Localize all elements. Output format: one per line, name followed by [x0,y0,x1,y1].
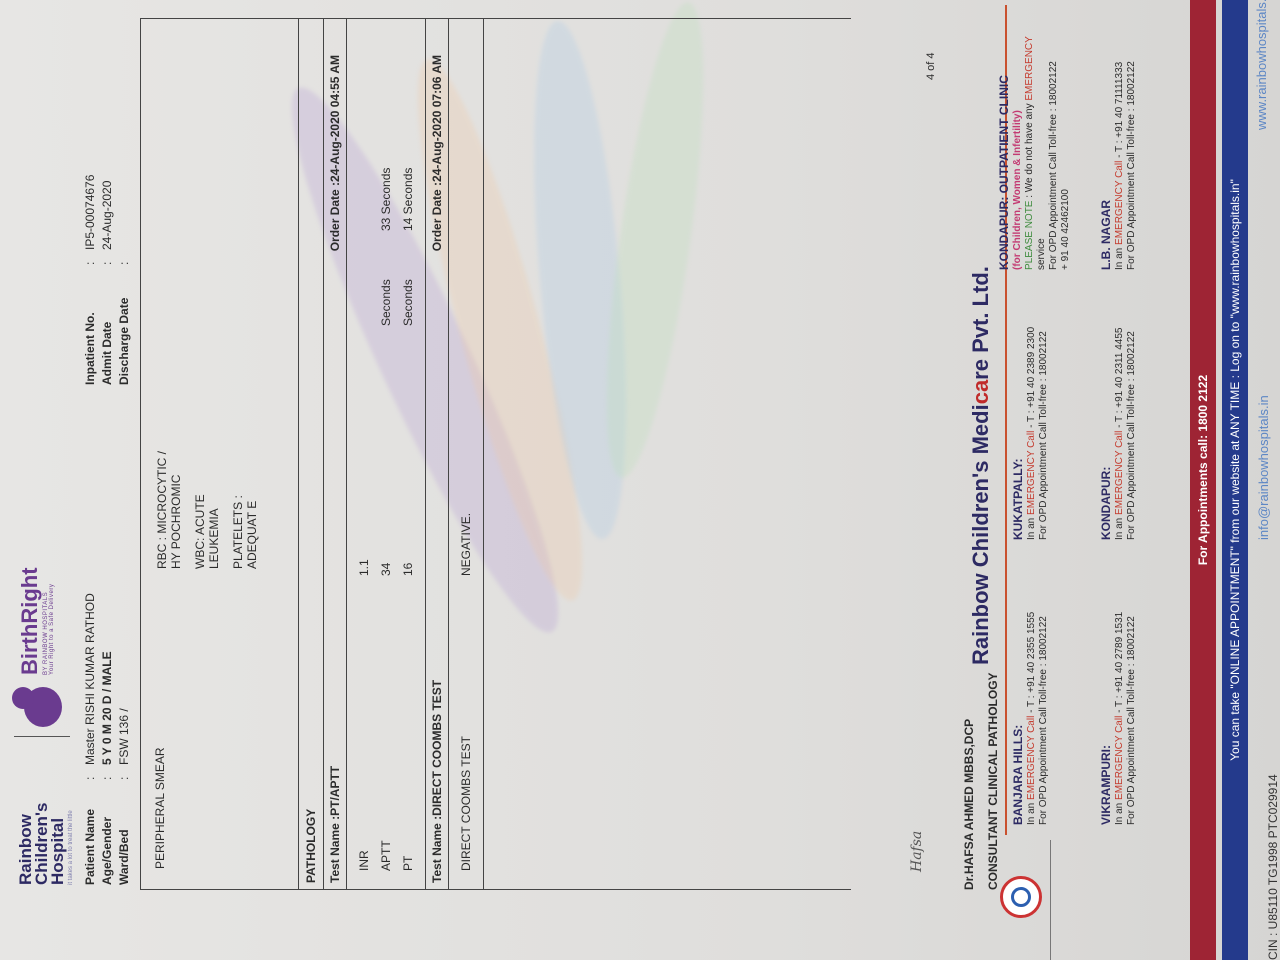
branch-lb-nagar: L.B. NAGAR In an EMERGENCY Call - T : +9… [1100,61,1138,270]
logo-divider [14,736,70,737]
order-date: Order Date :24-Aug-2020 04:55 AM [324,55,346,251]
section-title: PATHOLOGY [298,19,324,889]
result-reference [353,111,375,231]
smear-rbc: RBC : MICROCYTIC / HY POCHROMIC [155,439,183,569]
result-value: 34 [375,516,397,576]
ward-bed: FSW 136 / [116,385,133,765]
nabh-accreditation-icon [1000,876,1042,918]
company-name: Rainbow Children's Medicare Pvt. Ltd. [968,266,994,665]
result-unit: Seconds [375,231,397,326]
label: Age/Gender [99,780,116,885]
table-row: PT 16 Seconds 14 Seconds [397,19,419,889]
branch-vikrampuri: VIKRAMPURI: In an EMERGENCY Call - T : +… [1100,612,1138,825]
test-results: INR 1.1 APTT 34 Seconds 33 Seconds PT 16… [347,19,426,889]
discharge-summary-page: Rainbow Children's Hospital it takes a l… [0,0,1280,960]
branch-banjara-hills: BANJARA HILLS: In an EMERGENCY Call - T … [1012,612,1050,825]
result-name: PT [397,576,419,871]
website-link[interactable]: www.rainbowhospitals.in [1254,0,1269,130]
result-name: APTT [375,576,397,871]
lab-report-table: PERIPHERAL SMEAR RBC : MICROCYTIC / HY P… [140,18,851,890]
label: Admit Date [99,265,116,385]
brand-name: BirthRight [17,567,43,675]
admit-date: 24-Aug-2020 [99,181,116,250]
divider [1050,840,1051,960]
table-row: INR 1.1 [353,19,375,889]
result-value: 1.1 [353,516,375,576]
result-value: 16 [397,516,419,576]
footer: Rainbow Children's Medicare Pvt. Ltd. BA… [950,0,1280,960]
peripheral-smear: PERIPHERAL SMEAR RBC : MICROCYTIC / HY P… [141,19,298,889]
result-reference: 33 Seconds [375,111,397,231]
logo-tagline: it takes a lot to treat the little [68,803,74,885]
logo-line: Hospital [50,803,66,885]
smear-platelets: PLATELETS : ADEQUAT E [231,439,259,569]
result-reference: 14 Seconds [397,111,419,231]
page-number: 4 of 4 [925,52,937,80]
label: Ward/Bed [116,780,133,885]
birthright-logo: BirthRight BY RAINBOW HOSPITALS Your Rig… [10,567,62,727]
result-name: INR [353,576,375,871]
test-results: DIRECT COOMBS TEST NEGATIVE. [449,19,484,889]
signature: Hafsa [905,672,929,872]
appointments-banner: For Appointments call: 1800 2122 [1190,0,1216,960]
smear-wbc: WBC: ACUTE LEUKEMIA [193,439,221,569]
test-header: Test Name :DIRECT COOMBS TEST Order Date… [426,19,449,889]
order-date: Order Date :24-Aug-2020 07:06 AM [426,55,448,251]
patient-details: Patient Name: Master RISHI KUMAR RATHOD … [82,5,133,885]
branch-kondapur-outpatient: KONDAPUR: OUTPATIENT CLINIC (for Childre… [998,10,1072,270]
result-unit: Seconds [397,231,419,326]
cin-number: CIN : U85110 TG1998 PTC029914 [1266,774,1280,960]
test-name: Test Name :PT/APTT [324,766,346,883]
online-appointment-banner: You can take "ONLINE APPOINTMENT" from o… [1222,0,1248,960]
branch-kukatpally: KUKATPALLY: In an EMERGENCY Call - T : +… [1012,327,1050,540]
brand-tagline: Your Right to a Safe Delivery [49,567,55,675]
table-row: DIRECT COOMBS TEST NEGATIVE. [455,19,477,889]
label: Patient Name [82,780,99,885]
patient-name: Master RISHI KUMAR RATHOD [82,385,99,765]
branch-kondapur: KONDAPUR: In an EMERGENCY Call - T : +91… [1100,328,1138,540]
test-name: Test Name :DIRECT COOMBS TEST [426,680,448,883]
letterhead: Rainbow Children's Hospital it takes a l… [0,5,80,885]
birthright-mark-icon [10,675,62,727]
label: Inpatient No. [82,265,99,385]
label: Discharge Date [116,265,133,385]
result-unit [353,231,375,326]
smear-label: PERIPHERAL SMEAR [153,747,167,869]
table-row: APTT 34 Seconds 33 Seconds [375,19,397,889]
result-name: DIRECT COOMBS TEST [455,576,477,871]
email-link[interactable]: info@rainbowhospitals.in [1256,395,1271,540]
rainbow-hospital-logo: Rainbow Children's Hospital it takes a l… [18,803,74,885]
result-value: NEGATIVE. [455,456,477,576]
patient-age-gender: 5 Y 0 M 20 D / MALE [99,385,116,765]
test-header: Test Name :PT/APTT Order Date :24-Aug-20… [324,19,347,889]
inpatient-number: IP5-00074676 [82,175,99,250]
